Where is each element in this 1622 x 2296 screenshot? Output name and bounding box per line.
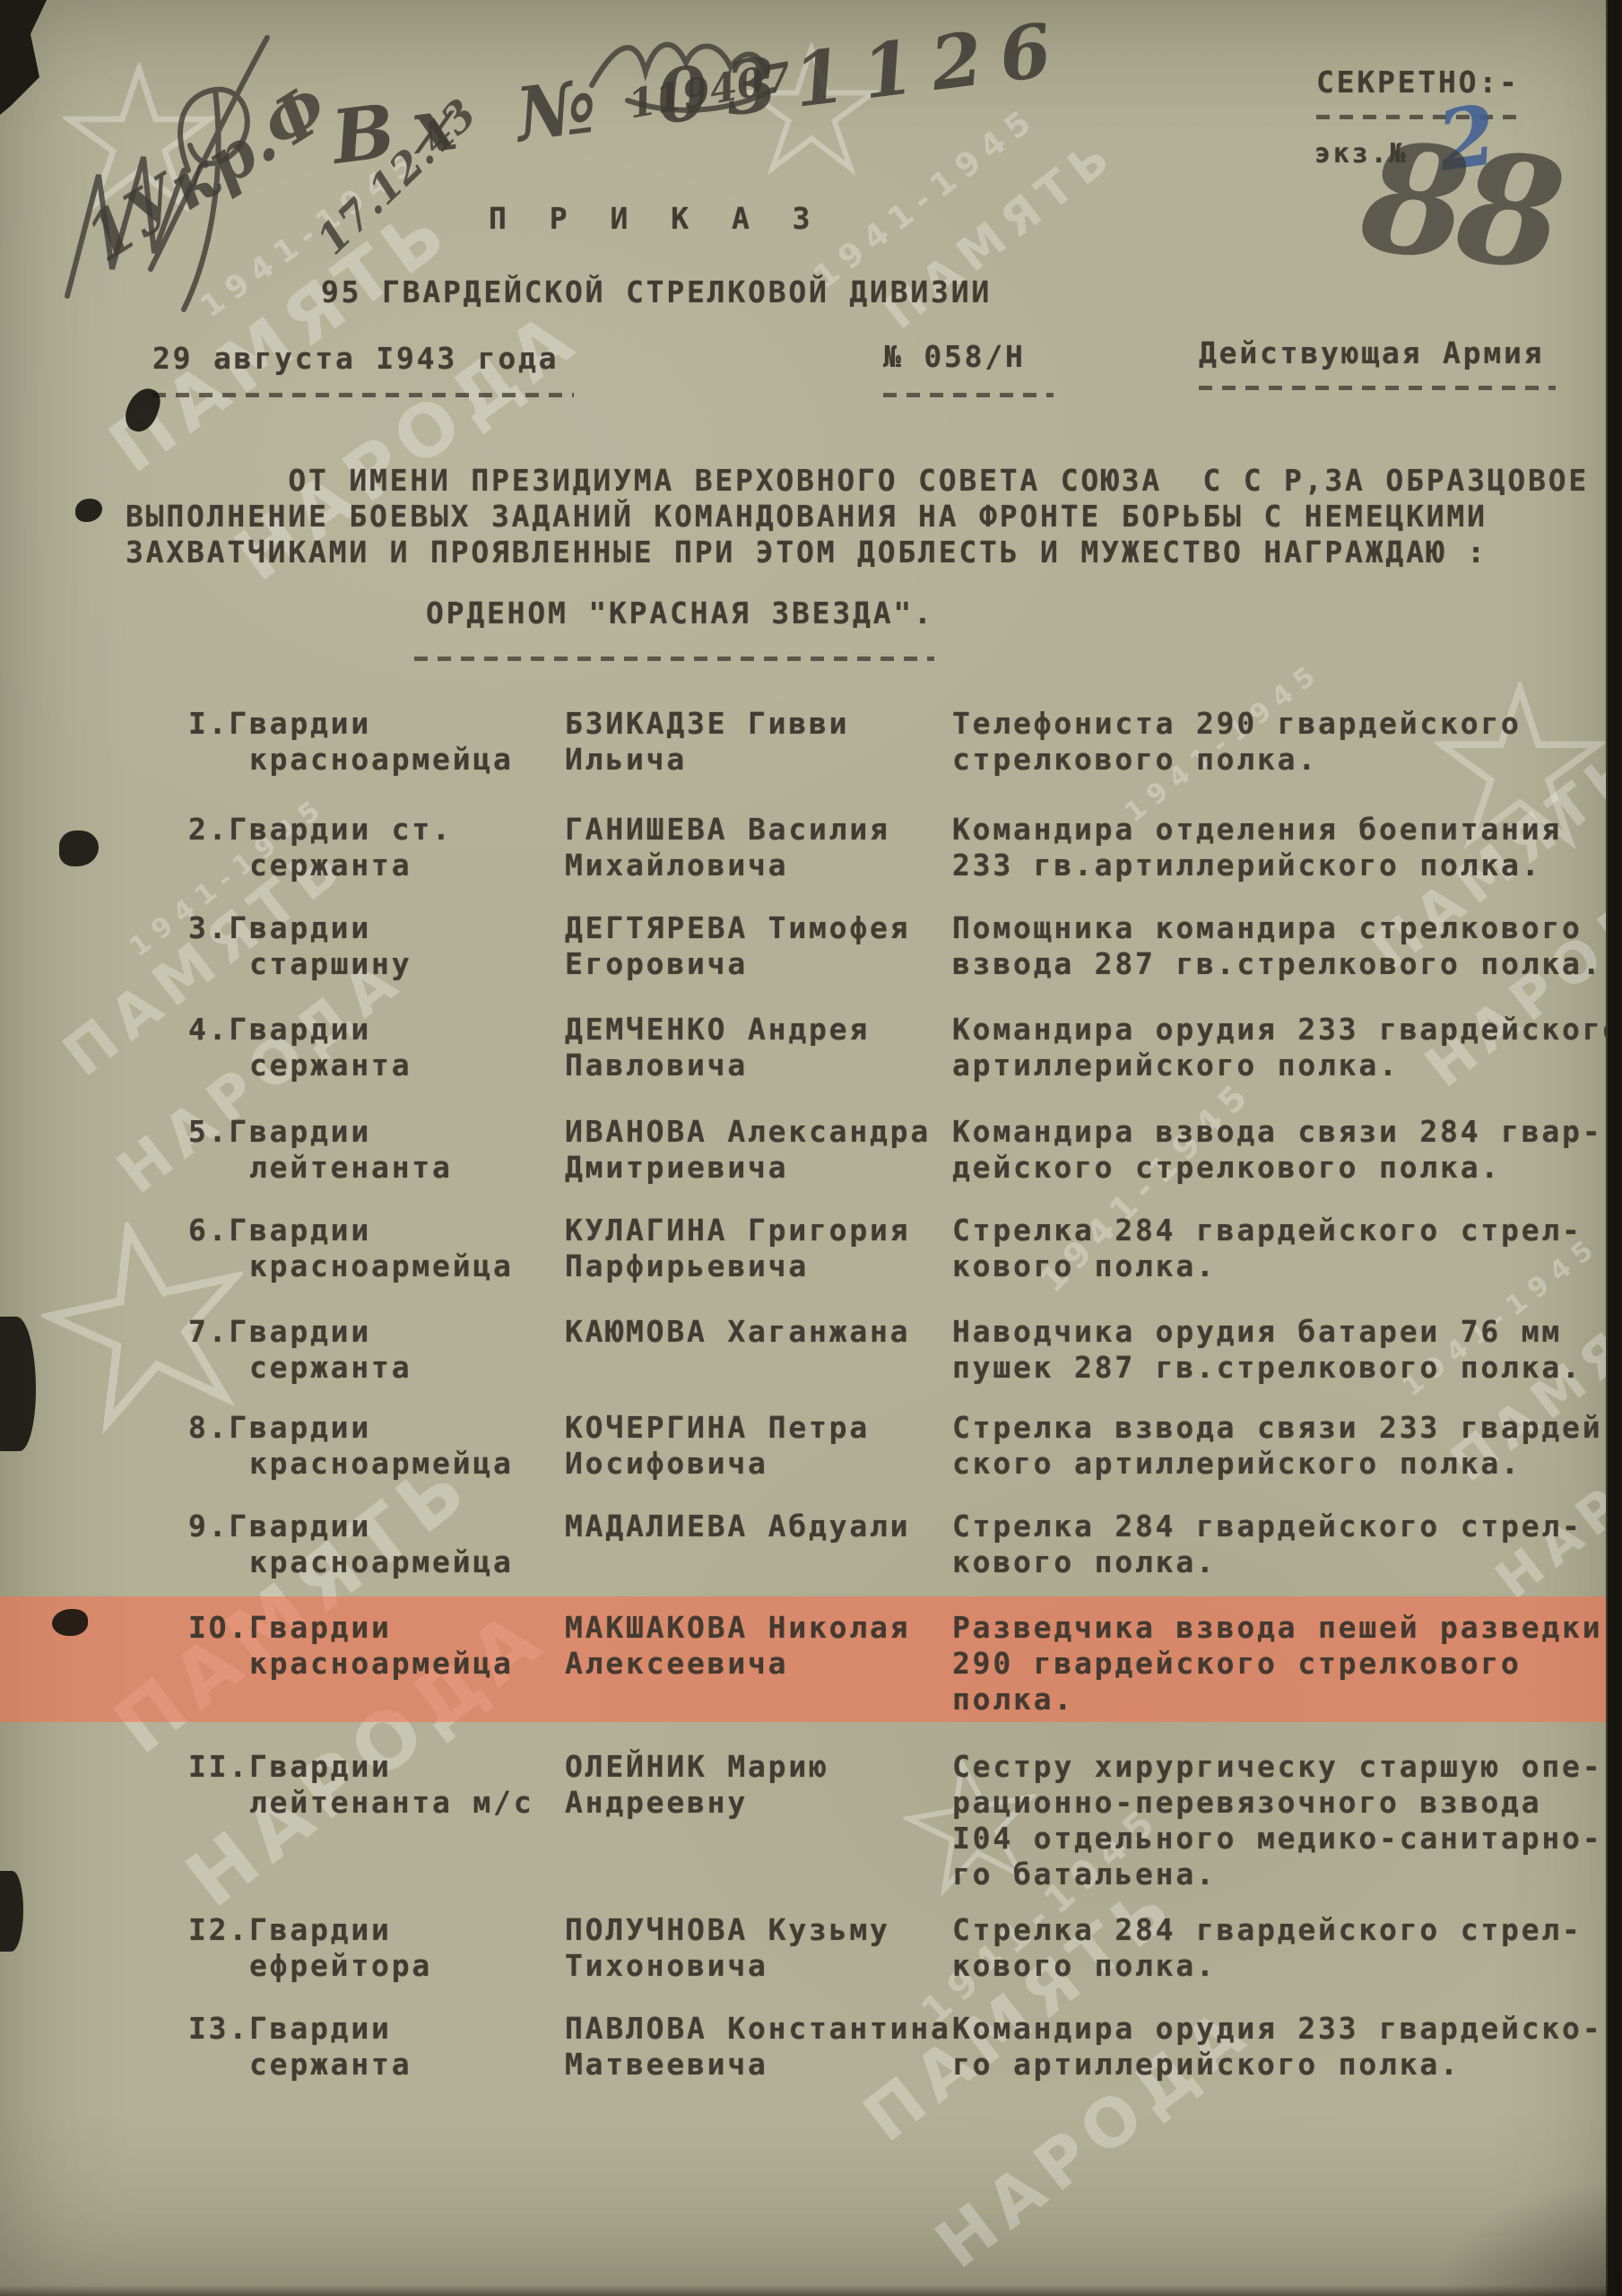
entry-rank: 5.Гвардии лейтенанта <box>188 1114 453 1186</box>
entry-name: БЗИКАДЗЕ Гивви Ильича <box>565 706 849 778</box>
entry-rank: I.Гвардии красноармейца <box>188 706 514 778</box>
entry-role: Стрелка 284 гвардейского стрел- кового п… <box>952 1912 1622 1984</box>
entry-rank: 8.Гвардии красноармейца <box>188 1410 514 1482</box>
dashed-underline <box>152 393 574 397</box>
entry-name: МАДАЛИЕВА Абдуали <box>565 1509 910 1544</box>
order-title: П Р И К А З <box>489 201 823 237</box>
entry-rank: 7.Гвардии сержанта <box>188 1314 412 1386</box>
entry-role: Командира орудия 233 гвардейского артилл… <box>952 1012 1622 1083</box>
entry-rank: I3.Гвардии сержанта <box>188 2011 412 2083</box>
entry-name: КАЮМОВА Хаганжана <box>565 1314 910 1350</box>
award-heading: ОРДЕНОМ "КРАСНАЯ ЗВЕЗДА". <box>426 596 934 631</box>
entry-name: ПАВЛОВА Константина Матвеевича <box>565 2011 951 2083</box>
entry-role: Телефониста 290 гвардейского стрелкового… <box>952 706 1622 778</box>
entry-rank: 9.Гвардии красноармейца <box>188 1509 514 1580</box>
paper-hole <box>0 1871 23 1952</box>
dashed-underline <box>414 657 934 661</box>
entry-name: ГАНИШЕВА Василия Михайловича <box>565 812 890 883</box>
order-number: № 058/Н <box>883 339 1026 375</box>
entry-rank: 2.Гвардии ст. сержанта <box>188 812 453 883</box>
entry-name: ИВАНОВА Александра Дмитриевича <box>565 1114 931 1186</box>
dashed-underline <box>1199 386 1556 390</box>
entry-name: ОЛЕЙНИК Марию Андреевну <box>565 1749 829 1821</box>
order-date: 29 августа I943 года <box>152 341 559 377</box>
entry-name: ДЕМЧЕНКО Андрея Павловича <box>565 1012 870 1083</box>
entry-role: Стрелка 284 гвардейского стрел- кового п… <box>952 1509 1622 1580</box>
division-title: 95 ГВАРДЕЙСКОЙ СТРЕЛКОВОЙ ДИВИЗИИ <box>321 274 992 310</box>
army-note: Действующая Армия <box>1199 335 1544 371</box>
entry-name: КОЧЕРГИНА Петра Иосифовича <box>565 1410 870 1482</box>
paper-hole <box>75 499 102 522</box>
entry-role: Наводчика орудия батареи 76 мм пушек 287… <box>952 1314 1622 1386</box>
scan-edge <box>1606 0 1622 2296</box>
entry-name: ПОЛУЧНОВА Кузьму Тихоновича <box>565 1912 890 1984</box>
entry-role: Командира отделения боепитания 233 гв.ар… <box>952 812 1622 883</box>
ink-blot <box>52 1609 88 1636</box>
paper-hole <box>59 831 99 866</box>
entry-role: Сестру хирургическу старшую опе- рационн… <box>952 1749 1622 1892</box>
scan-shading <box>1435 2179 1622 2296</box>
dashed-underline <box>883 393 1054 397</box>
entry-rank: 6.Гвардии красноармейца <box>188 1213 514 1284</box>
entry-rank: 3.Гвардии старшину <box>188 910 412 982</box>
entry-name: ДЕГТЯРЕВА Тимофея Егоровича <box>565 910 910 982</box>
entry-rank: I2.Гвардии ефрейтора <box>188 1912 432 1984</box>
preamble-text: ОТ ИМЕНИ ПРЕЗИДИУМА ВЕРХОВНОГО СОВЕТА СО… <box>126 463 1614 570</box>
entry-rank: IO.Гвардии красноармейца <box>188 1610 514 1682</box>
entry-role: Разведчика взвода пешей разведки 290 гва… <box>952 1610 1622 1718</box>
entry-role: Командира взвода связи 284 гвар- дейског… <box>952 1114 1622 1186</box>
entry-role: Командира орудия 233 гвардейско- го арти… <box>952 2011 1622 2083</box>
entry-rank: II.Гвардии лейтенанта м/с <box>188 1749 533 1821</box>
entry-role: Помощника командира стрелкового взвода 2… <box>952 910 1622 982</box>
entry-name: МАКШАКОВА Николая Алексеевича <box>565 1610 910 1682</box>
entry-name: КУЛАГИНА Григория Парфирьевича <box>565 1213 910 1284</box>
paper-hole <box>0 1317 36 1451</box>
handwriting-scribble <box>0 0 807 377</box>
entry-rank: 4.Гвардии сержанта <box>188 1012 412 1083</box>
entry-role: Стрелка 284 гвардейского стрел- кового п… <box>952 1213 1622 1284</box>
scan-edge <box>0 2285 1622 2296</box>
entry-role: Стрелка взвода связи 233 гвардей- ского … <box>952 1410 1622 1482</box>
document-page: 1941-1945 ПАМЯТЬ НАРОДА 1941-1945 ПАМЯТЬ… <box>0 0 1622 2296</box>
handwritten-big-number: 88 <box>1354 107 1563 303</box>
